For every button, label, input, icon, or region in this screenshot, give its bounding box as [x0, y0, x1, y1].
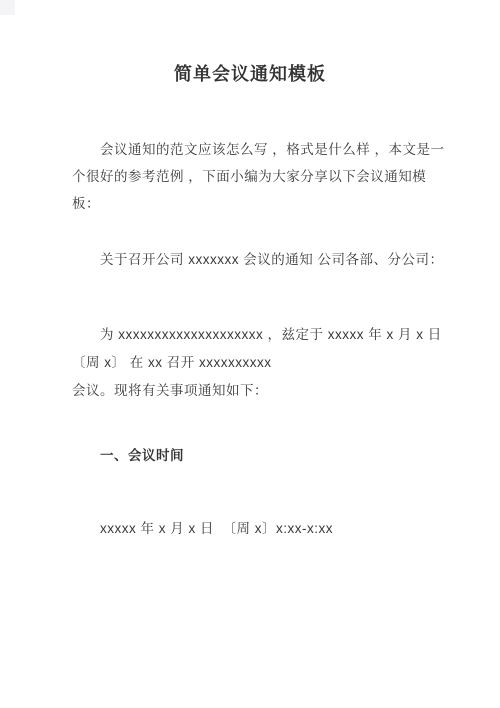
text-line: 〔周 x〕 在 xx 召开 xxxxxxxxxx: [72, 349, 444, 377]
text-line: 板：: [72, 190, 444, 217]
heading-line: 一、会议时间: [72, 442, 444, 469]
text-line: 个很好的参考范例 ，下面小编为大家分享以下会议通知模: [72, 163, 444, 190]
section-heading-meeting-time: 一、会议时间: [72, 442, 444, 469]
text-line: 为 xxxxxxxxxxxxxxxxxxxx ，兹定于 xxxxx 年 x 月 …: [72, 321, 444, 349]
document-title: 简单会议通知模板: [0, 60, 500, 86]
paragraph-notice-body: 为 xxxxxxxxxxxxxxxxxxxx ，兹定于 xxxxx 年 x 月 …: [72, 321, 444, 405]
text-line: 会议。现将有关事项通知如下：: [72, 377, 444, 405]
text-line: 会议通知的范文应该怎么写 ，格式是什么样 ，本文是一: [72, 136, 444, 163]
document-page: 简单会议通知模板 会议通知的范文应该怎么写 ，格式是什么样 ，本文是一 个很好的…: [0, 0, 500, 708]
text-line: xxxxx 年 x 月 x 日 〔周 x〕x:xx-x:xx: [72, 515, 444, 542]
paragraph-meeting-time-value: xxxxx 年 x 月 x 日 〔周 x〕x:xx-x:xx: [72, 515, 444, 542]
paragraph-notice-subject: 关于召开公司 xxxxxxx 会议的通知 公司各部、分公司：: [72, 246, 444, 273]
scan-artifact-square: [0, 0, 15, 15]
paragraph-intro: 会议通知的范文应该怎么写 ，格式是什么样 ，本文是一 个很好的参考范例 ，下面小…: [72, 136, 444, 217]
text-line: 关于召开公司 xxxxxxx 会议的通知 公司各部、分公司：: [72, 246, 444, 273]
